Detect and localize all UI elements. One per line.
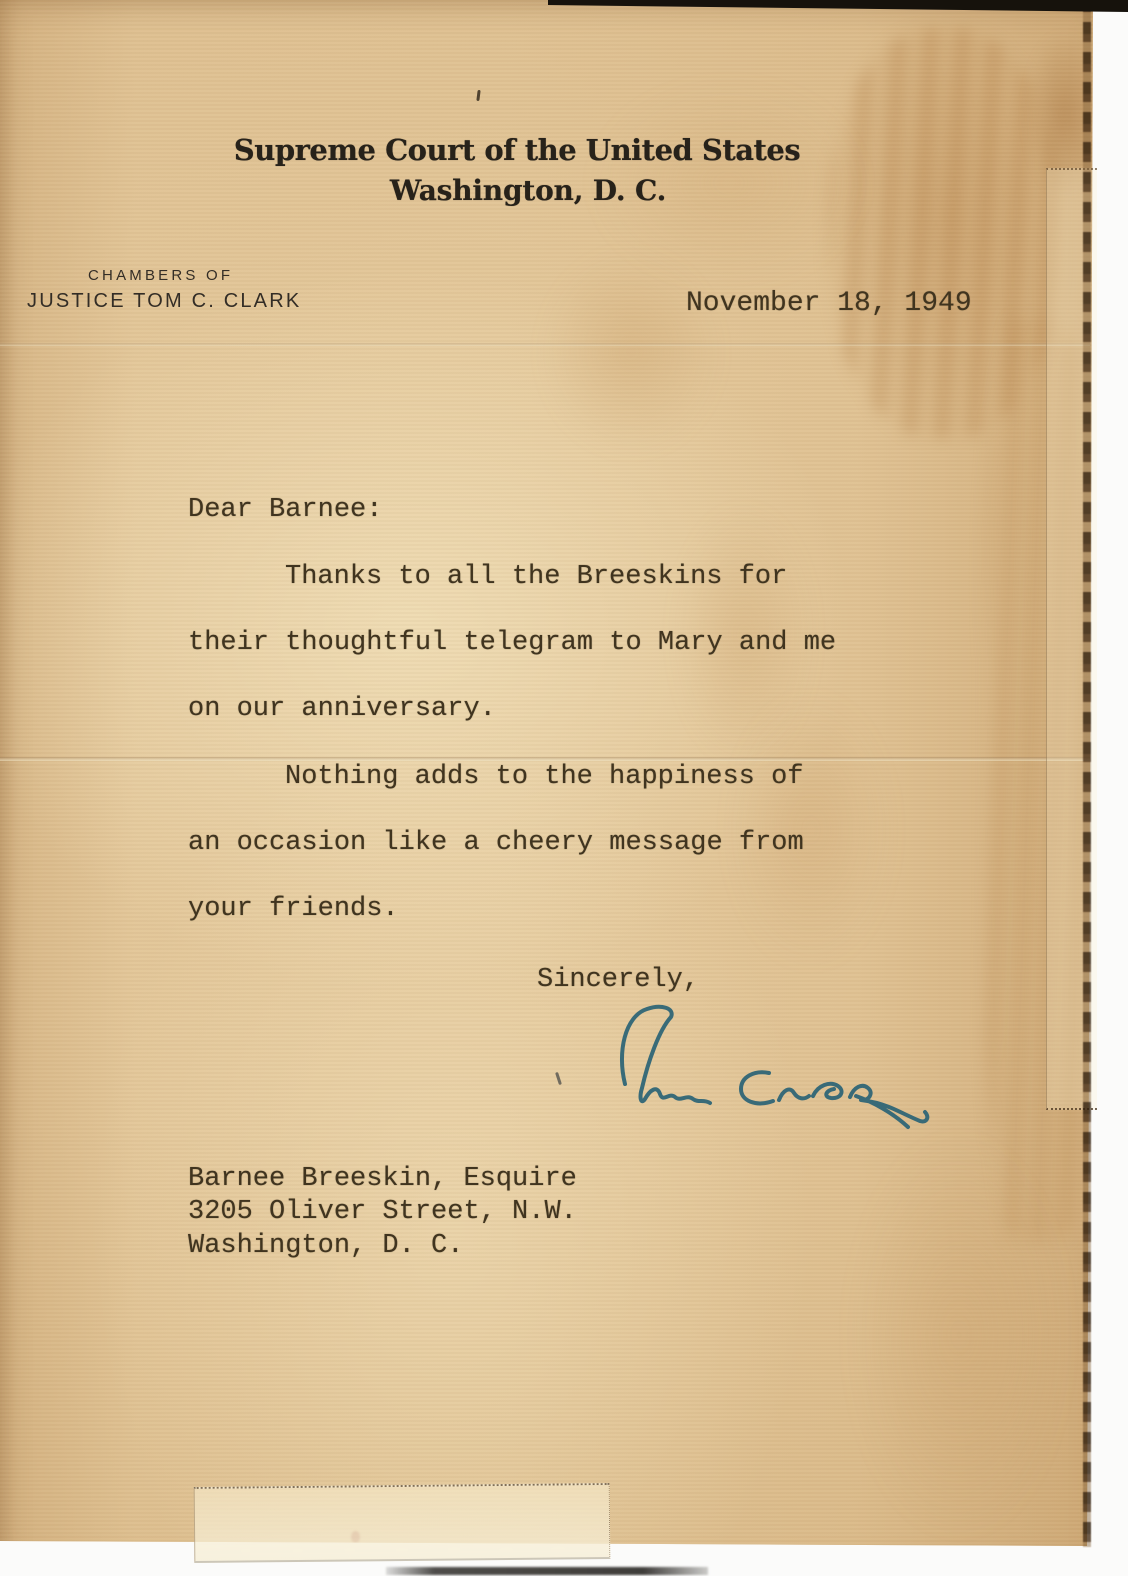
scan-bottom-smudge: [386, 1567, 708, 1575]
letter-scan: Supreme Court of the United States Washi…: [0, 0, 1128, 1576]
body-line: on our anniversary.: [188, 696, 496, 723]
letter-paper: Supreme Court of the United States Washi…: [0, 0, 1128, 1576]
stain-dot: [351, 1531, 360, 1543]
recipient-street: 3205 Oliver Street, N.W.: [188, 1199, 577, 1226]
stain: [986, 320, 1090, 1240]
letterhead-line1: Supreme Court of the United States: [234, 136, 800, 165]
closing: Sincerely,: [537, 967, 699, 994]
recipient-name: Barnee Breeskin, Esquire: [188, 1166, 577, 1193]
body-line: Nothing adds to the happiness of: [285, 764, 803, 791]
letterhead-line2: Washington, D. C.: [390, 177, 666, 205]
stain: [828, 28, 1060, 438]
pen-tick: [555, 1072, 562, 1085]
fold-crease: [0, 343, 1090, 346]
stain: [543, 252, 719, 452]
stain: [856, 1140, 1062, 1530]
salutation: Dear Barnee:: [188, 497, 382, 524]
body-line: Thanks to all the Breeskins for: [285, 564, 787, 591]
body-line: your friends.: [188, 896, 399, 923]
fold-crease: [0, 757, 1090, 761]
chambers-label: CHAMBERS OF: [88, 268, 233, 283]
ink-speck: [476, 90, 480, 101]
paper-torn-right-edge: [1083, 4, 1091, 1547]
body-line: their thoughtful telegram to Mary and me: [188, 630, 836, 657]
date-line: November 18, 1949: [686, 290, 972, 318]
justice-name: JUSTICE TOM C. CLARK: [27, 291, 301, 311]
signature-tom-clark: [597, 1000, 937, 1140]
body-line: an occasion like a cheery message from: [188, 830, 804, 857]
recipient-city: Washington, D. C.: [188, 1233, 463, 1260]
